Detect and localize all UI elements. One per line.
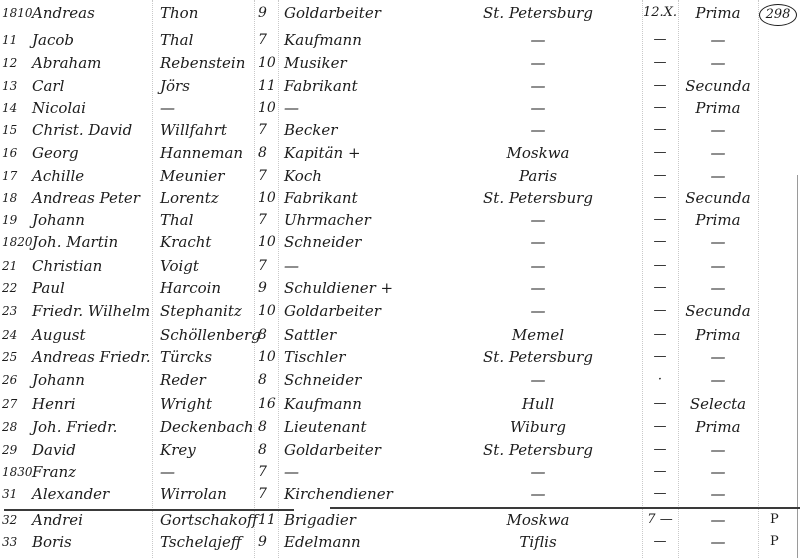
row-number-cell: 1810 — [2, 2, 33, 24]
city-cell: — — [478, 300, 598, 322]
entry-mark-cell: — — [643, 29, 677, 51]
age-cell: 11 — [258, 509, 276, 531]
age-cell: 7 — [258, 209, 267, 231]
occupation-cell: — — [284, 97, 299, 119]
table-row: 19JohannThal7Uhrmacher——Prima — [0, 209, 800, 231]
surname-cell: Thon — [160, 2, 198, 24]
class-level-cell: — — [680, 142, 756, 164]
city-cell: — — [478, 461, 598, 483]
table-row: 29DavidKrey8GoldarbeiterSt. Petersburg—— — [0, 439, 800, 461]
entry-mark-cell: — — [643, 187, 677, 209]
city-cell: St. Petersburg — [478, 2, 598, 24]
first-name-cell: Nicolai — [32, 97, 86, 119]
ledger-page: 298 1810AndreasThon9GoldarbeiterSt. Pete… — [0, 0, 800, 558]
first-name-cell: Friedr. Wilhelm — [32, 300, 150, 322]
class-level-cell: — — [680, 119, 756, 141]
city-cell: Memel — [478, 324, 598, 346]
table-row: 14Nicolai—10———Prima — [0, 97, 800, 119]
row-number-cell: 19 — [2, 209, 17, 231]
occupation-cell: Schneider — [284, 369, 361, 391]
class-level-cell: — — [680, 52, 756, 74]
class-level-cell: Secunda — [680, 187, 756, 209]
surname-cell: — — [160, 461, 175, 483]
surname-cell: Wirrolan — [160, 483, 227, 505]
entry-mark-cell: — — [643, 483, 677, 505]
city-cell: Wiburg — [478, 416, 598, 438]
city-cell: Moskwa — [478, 509, 598, 531]
occupation-cell: Sattler — [284, 324, 336, 346]
occupation-cell: Becker — [284, 119, 337, 141]
occupation-cell: Goldarbeiter — [284, 300, 381, 322]
age-cell: 10 — [258, 346, 276, 368]
class-level-cell: Secunda — [680, 300, 756, 322]
table-row: 24AugustSchöllenberg8SattlerMemel—Prima — [0, 324, 800, 346]
class-level-cell: — — [680, 531, 756, 553]
class-level-cell: Prima — [680, 97, 756, 119]
table-row: 12AbrahamRebenstein10Musiker——— — [0, 52, 800, 74]
first-name-cell: Andreas Friedr. — [32, 346, 151, 368]
row-number-cell: 12 — [2, 52, 17, 74]
city-cell: — — [478, 29, 598, 51]
row-number-cell: 26 — [2, 369, 17, 391]
city-cell: Moskwa — [478, 142, 598, 164]
age-cell: 7 — [258, 29, 267, 51]
row-number-cell: 33 — [2, 531, 17, 553]
table-row: 27HenriWright16KaufmannHull—Selecta — [0, 393, 800, 415]
first-name-cell: Boris — [32, 531, 72, 553]
surname-cell: Meunier — [160, 165, 224, 187]
age-cell: 9 — [258, 531, 267, 553]
surname-cell: Schöllenberg — [160, 324, 261, 346]
table-row: 1830Franz—7———— — [0, 461, 800, 483]
surname-cell: Deckenbach — [160, 416, 254, 438]
row-number-cell: 31 — [2, 483, 17, 505]
first-name-cell: Johann — [32, 209, 85, 231]
occupation-cell: Tischler — [284, 346, 345, 368]
first-name-cell: Jacob — [32, 29, 74, 51]
table-row: 17AchilleMeunier7KochParis—— — [0, 165, 800, 187]
occupation-cell: Kaufmann — [284, 393, 362, 415]
entry-mark-cell: · — [643, 369, 677, 391]
occupation-cell: — — [284, 461, 299, 483]
occupation-cell: Fabrikant — [284, 187, 358, 209]
entry-mark-cell: — — [643, 439, 677, 461]
row-number-cell: 1830 — [2, 461, 33, 483]
entry-mark-cell: — — [643, 142, 677, 164]
surname-cell: Thal — [160, 209, 193, 231]
first-name-cell: Andreas — [32, 2, 95, 24]
class-level-cell: — — [680, 461, 756, 483]
surname-cell: Willfahrt — [160, 119, 227, 141]
class-level-cell: Prima — [680, 416, 756, 438]
table-row: 21ChristianVoigt7———— — [0, 255, 800, 277]
city-cell: St. Petersburg — [478, 346, 598, 368]
surname-cell: Kracht — [160, 231, 211, 253]
class-level-cell: Prima — [680, 209, 756, 231]
row-number-cell: 22 — [2, 277, 17, 299]
table-row: 11JacobThal7Kaufmann——— — [0, 29, 800, 51]
row-number-cell: 15 — [2, 119, 17, 141]
surname-cell: Wright — [160, 393, 212, 415]
age-cell: 9 — [258, 277, 267, 299]
age-cell: 10 — [258, 187, 276, 209]
city-cell: — — [478, 52, 598, 74]
occupation-cell: Koch — [284, 165, 322, 187]
city-cell: Hull — [478, 393, 598, 415]
remark-cell: P — [770, 509, 779, 531]
class-level-cell: — — [680, 509, 756, 531]
age-cell: 8 — [258, 142, 267, 164]
row-number-cell: 27 — [2, 393, 17, 415]
entry-mark-cell: — — [643, 209, 677, 231]
age-cell: 9 — [258, 2, 267, 24]
age-cell: 8 — [258, 439, 267, 461]
city-cell: Tiflis — [478, 531, 598, 553]
class-level-cell: — — [680, 369, 756, 391]
entry-mark-cell: — — [643, 346, 677, 368]
first-name-cell: Paul — [32, 277, 65, 299]
occupation-cell: Uhrmacher — [284, 209, 371, 231]
surname-cell: Krey — [160, 439, 196, 461]
city-cell: Paris — [478, 165, 598, 187]
first-name-cell: Henri — [32, 393, 76, 415]
entry-mark-cell: — — [643, 75, 677, 97]
occupation-cell: Kapitän + — [284, 142, 361, 164]
age-cell: 16 — [258, 393, 276, 415]
occupation-cell: Brigadier — [284, 509, 356, 531]
surname-cell: Voigt — [160, 255, 199, 277]
age-cell: 10 — [258, 300, 276, 322]
occupation-cell: Musiker — [284, 52, 347, 74]
entry-mark-cell: 7 — — [643, 509, 677, 531]
surname-cell: Hanneman — [160, 142, 243, 164]
class-level-cell: — — [680, 483, 756, 505]
age-cell: 10 — [258, 231, 276, 253]
entry-mark-cell: — — [643, 52, 677, 74]
occupation-cell: Schuldiener + — [284, 277, 393, 299]
table-row: 32AndreiGortschakoff11BrigadierMoskwa7 —… — [0, 509, 800, 531]
row-number-cell: 11 — [2, 29, 17, 51]
first-name-cell: Christian — [32, 255, 102, 277]
first-name-cell: Abraham — [32, 52, 101, 74]
row-number-cell: 25 — [2, 346, 17, 368]
city-cell: — — [478, 369, 598, 391]
class-level-cell: — — [680, 255, 756, 277]
table-row: 18Andreas PeterLorentz10FabrikantSt. Pet… — [0, 187, 800, 209]
first-name-cell: Johann — [32, 369, 85, 391]
age-cell: 7 — [258, 119, 267, 141]
occupation-cell: — — [284, 255, 299, 277]
table-row: 25Andreas Friedr.Türcks10TischlerSt. Pet… — [0, 346, 800, 368]
entry-mark-cell: — — [643, 165, 677, 187]
surname-cell: Stephanitz — [160, 300, 242, 322]
row-number-cell: 18 — [2, 187, 17, 209]
surname-cell: Rebenstein — [160, 52, 245, 74]
city-cell: — — [478, 75, 598, 97]
occupation-cell: Goldarbeiter — [284, 439, 381, 461]
age-cell: 8 — [258, 324, 267, 346]
entry-mark-cell: — — [643, 324, 677, 346]
row-number-cell: 32 — [2, 509, 17, 531]
class-level-cell: — — [680, 277, 756, 299]
row-number-cell: 16 — [2, 142, 17, 164]
occupation-cell: Kaufmann — [284, 29, 362, 51]
row-number-cell: 24 — [2, 324, 17, 346]
class-level-cell: Prima — [680, 2, 756, 24]
entry-mark-cell: — — [643, 461, 677, 483]
age-cell: 11 — [258, 75, 276, 97]
entry-mark-cell: — — [643, 393, 677, 415]
entry-mark-cell: — — [643, 277, 677, 299]
first-name-cell: Andrei — [32, 509, 83, 531]
table-row: 23Friedr. WilhelmStephanitz10Goldarbeite… — [0, 300, 800, 322]
surname-cell: Reder — [160, 369, 206, 391]
city-cell: — — [478, 231, 598, 253]
city-cell: — — [478, 97, 598, 119]
surname-cell: Harcoin — [160, 277, 221, 299]
city-cell: — — [478, 255, 598, 277]
first-name-cell: Joh. Martin — [32, 231, 118, 253]
age-cell: 10 — [258, 97, 276, 119]
class-level-cell: — — [680, 29, 756, 51]
city-cell: — — [478, 277, 598, 299]
occupation-cell: Goldarbeiter — [284, 2, 381, 24]
occupation-cell: Kirchendiener — [284, 483, 393, 505]
city-cell: — — [478, 119, 598, 141]
first-name-cell: Andreas Peter — [32, 187, 140, 209]
surname-cell: Türcks — [160, 346, 212, 368]
occupation-cell: Edelmann — [284, 531, 361, 553]
table-row: 22PaulHarcoin9Schuldiener +——— — [0, 277, 800, 299]
table-row: 1820Joh. MartinKracht10Schneider——— — [0, 231, 800, 253]
age-cell: 7 — [258, 165, 267, 187]
city-cell: — — [478, 209, 598, 231]
entry-mark-cell: — — [643, 300, 677, 322]
first-name-cell: Franz — [32, 461, 76, 483]
remark-cell: P — [770, 531, 779, 553]
table-row: 15Christ. DavidWillfahrt7Becker——— — [0, 119, 800, 141]
row-number-cell: 13 — [2, 75, 17, 97]
row-number-cell: 29 — [2, 439, 17, 461]
age-cell: 7 — [258, 461, 267, 483]
row-number-cell: 21 — [2, 255, 17, 277]
occupation-cell: Schneider — [284, 231, 361, 253]
table-row: 26JohannReder8Schneider—·— — [0, 369, 800, 391]
city-cell: — — [478, 483, 598, 505]
age-cell: 7 — [258, 483, 267, 505]
class-level-cell: — — [680, 346, 756, 368]
table-row: 13CarlJörs11Fabrikant——Secunda — [0, 75, 800, 97]
first-name-cell: Georg — [32, 142, 79, 164]
surname-cell: Lorentz — [160, 187, 219, 209]
class-level-cell: — — [680, 165, 756, 187]
entry-mark-cell: 12.X. — [643, 2, 677, 24]
row-number-cell: 17 — [2, 165, 17, 187]
class-level-cell: — — [680, 231, 756, 253]
first-name-cell: Christ. David — [32, 119, 132, 141]
table-row: 28Joh. Friedr.Deckenbach8LieutenantWibur… — [0, 416, 800, 438]
occupation-cell: Fabrikant — [284, 75, 358, 97]
city-cell: St. Petersburg — [478, 187, 598, 209]
first-name-cell: Carl — [32, 75, 64, 97]
surname-cell: — — [160, 97, 175, 119]
entry-mark-cell: — — [643, 531, 677, 553]
surname-cell: Thal — [160, 29, 193, 51]
first-name-cell: David — [32, 439, 76, 461]
entry-mark-cell: — — [643, 255, 677, 277]
entry-mark-cell: — — [643, 231, 677, 253]
surname-cell: Tschelajeff — [160, 531, 241, 553]
table-row: 31AlexanderWirrolan7Kirchendiener——— — [0, 483, 800, 505]
entry-mark-cell: — — [643, 119, 677, 141]
surname-cell: Jörs — [160, 75, 190, 97]
age-cell: 7 — [258, 255, 267, 277]
class-level-cell: — — [680, 439, 756, 461]
row-number-cell: 14 — [2, 97, 17, 119]
row-number-cell: 28 — [2, 416, 17, 438]
row-number-cell: 23 — [2, 300, 17, 322]
first-name-cell: Joh. Friedr. — [32, 416, 117, 438]
table-row: 33BorisTschelajeff9EdelmannTiflis——P — [0, 531, 800, 553]
table-row: 16GeorgHanneman8Kapitän +Moskwa—— — [0, 142, 800, 164]
first-name-cell: August — [32, 324, 85, 346]
first-name-cell: Alexander — [32, 483, 109, 505]
age-cell: 8 — [258, 416, 267, 438]
row-number-cell: 1820 — [2, 231, 33, 253]
class-level-cell: Secunda — [680, 75, 756, 97]
occupation-cell: Lieutenant — [284, 416, 367, 438]
entry-mark-cell: — — [643, 416, 677, 438]
age-cell: 8 — [258, 369, 267, 391]
surname-cell: Gortschakoff — [160, 509, 258, 531]
class-level-cell: Selecta — [680, 393, 756, 415]
first-name-cell: Achille — [32, 165, 84, 187]
age-cell: 10 — [258, 52, 276, 74]
city-cell: St. Petersburg — [478, 439, 598, 461]
table-row: 1810AndreasThon9GoldarbeiterSt. Petersbu… — [0, 2, 800, 24]
entry-mark-cell: — — [643, 97, 677, 119]
class-level-cell: Prima — [680, 324, 756, 346]
